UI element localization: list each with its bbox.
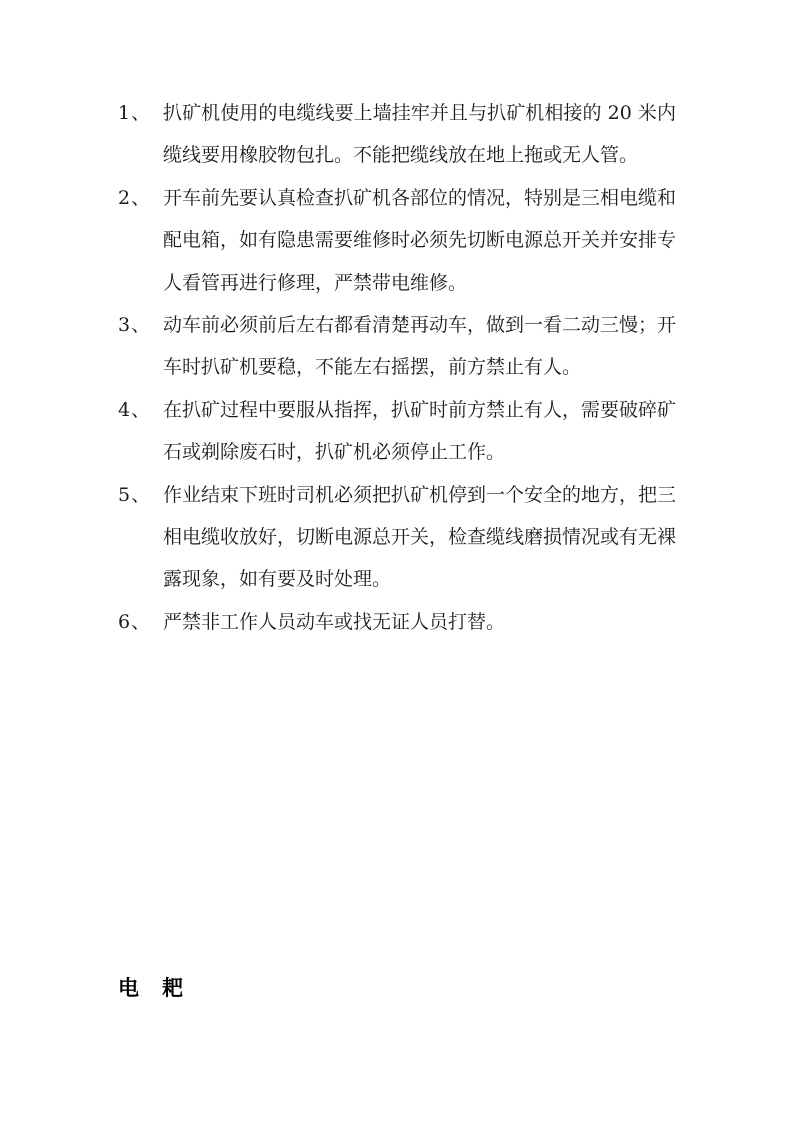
rule-text: 扒矿机使用的电缆线要上墙挂牢并且与扒矿机相接的 20 米内缆线要用橡胶物包扎。不…	[163, 92, 676, 177]
rule-number: 2、	[118, 177, 163, 219]
rule-text: 动车前必须前后左右都看清楚再动车，做到一看二动三慢；开车时扒矿机要稳，不能左右摇…	[163, 304, 676, 389]
rule-item-2: 2、 开车前先要认真检查扒矿机各部位的情况，特别是三相电缆和配电箱，如有隐患需要…	[118, 177, 676, 304]
rule-text: 开车前先要认真检查扒矿机各部位的情况，特别是三相电缆和配电箱，如有隐患需要维修时…	[163, 177, 676, 304]
rule-item-3: 3、 动车前必须前后左右都看清楚再动车，做到一看二动三慢；开车时扒矿机要稳，不能…	[118, 304, 676, 389]
rule-text: 严禁非工作人员动车或找无证人员打替。	[163, 601, 676, 643]
rule-text: 在扒矿过程中要服从指挥，扒矿时前方禁止有人，需要破碎矿石或剃除废石时，扒矿机必须…	[163, 389, 676, 474]
rule-number: 3、	[118, 304, 163, 346]
rule-number: 4、	[118, 389, 163, 431]
document-page: 1、 扒矿机使用的电缆线要上墙挂牢并且与扒矿机相接的 20 米内缆线要用橡胶物包…	[0, 0, 793, 1122]
rule-item-5: 5、 作业结束下班时司机必须把扒矿机停到一个安全的地方，把三相电缆收放好，切断电…	[118, 474, 676, 601]
rule-item-4: 4、 在扒矿过程中要服从指挥，扒矿时前方禁止有人，需要破碎矿石或剃除废石时，扒矿…	[118, 389, 676, 474]
rule-text: 作业结束下班时司机必须把扒矿机停到一个安全的地方，把三相电缆收放好，切断电源总开…	[163, 474, 676, 601]
rule-number: 5、	[118, 474, 163, 516]
section-heading: 电 耙	[118, 967, 184, 1009]
rule-number: 6、	[118, 601, 163, 643]
rule-item-6: 6、 严禁非工作人员动车或找无证人员打替。	[118, 601, 676, 643]
rule-number: 1、	[118, 92, 163, 134]
rule-item-1: 1、 扒矿机使用的电缆线要上墙挂牢并且与扒矿机相接的 20 米内缆线要用橡胶物包…	[118, 92, 676, 177]
numbered-rule-list: 1、 扒矿机使用的电缆线要上墙挂牢并且与扒矿机相接的 20 米内缆线要用橡胶物包…	[118, 92, 676, 643]
